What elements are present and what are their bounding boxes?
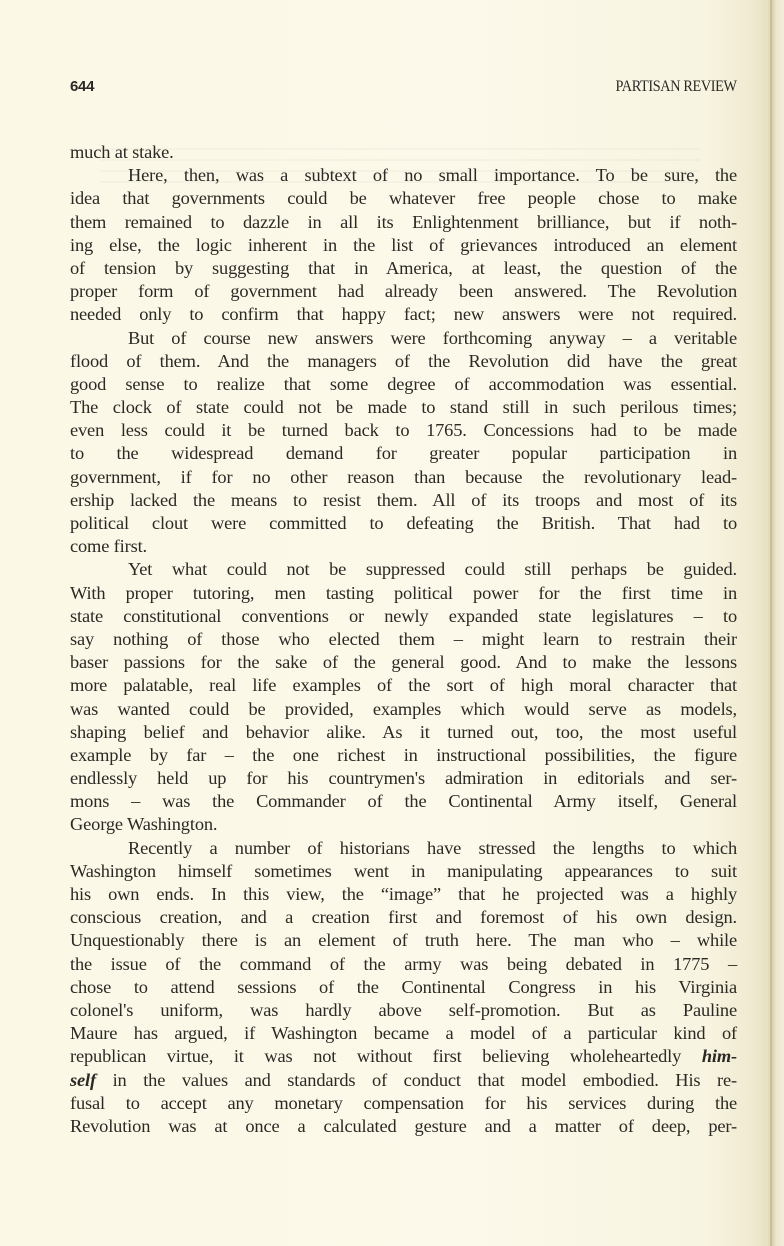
line-text: baser passions for the sake of the gener… — [70, 652, 737, 672]
text-line: Here, then, was a subtext of no small im… — [70, 164, 737, 187]
text-line: good sense to realize that some degree o… — [70, 373, 737, 396]
line-text: come first. — [70, 536, 147, 556]
line-text: state constitutional conventions or newl… — [70, 606, 737, 626]
text-line: even less could it be turned back to 176… — [70, 419, 737, 442]
line-text: Yet what could not be suppressed could s… — [128, 559, 737, 579]
text-line: them remained to dazzle in all its Enlig… — [70, 211, 737, 234]
text-line: needed only to confirm that happy fact; … — [70, 303, 737, 326]
text-line: much at stake. — [70, 141, 737, 164]
text-line: Washington himself sometimes went in man… — [70, 860, 737, 883]
page-number: 644 — [70, 78, 94, 95]
text-line: republican virtue, it was not without fi… — [70, 1045, 737, 1068]
text-line: Maure has argued, if Washington became a… — [70, 1022, 737, 1045]
line-text: in the values and standards of conduct t… — [96, 1070, 737, 1090]
text-line: idea that governments could be whatever … — [70, 187, 737, 210]
text-line: ership lacked the means to resist them. … — [70, 489, 737, 512]
line-text: Unquestionably there is an element of tr… — [70, 930, 737, 950]
line-text: Maure has argued, if Washington became a… — [70, 1023, 737, 1043]
text-line: Recently a number of historians have str… — [70, 837, 737, 860]
text-line: come first. — [70, 535, 737, 558]
line-text: proper form of government had already be… — [70, 281, 737, 301]
line-text: republican virtue, it was not without fi… — [70, 1046, 702, 1066]
text-line: Revolution was at once a calculated gest… — [70, 1115, 737, 1138]
line-text: colonel's uniform, was hardly above self… — [70, 1000, 737, 1020]
text-line: was wanted could be provided, examples w… — [70, 698, 737, 721]
line-text: The clock of state could not be made to … — [70, 397, 737, 417]
line-text: Here, then, was a subtext of no small im… — [128, 165, 737, 185]
emphasis: self — [70, 1070, 96, 1090]
scanned-page: 644 PARTISAN REVIEW much at stake.Here, … — [0, 0, 784, 1246]
line-text: mons – was the Commander of the Continen… — [70, 791, 737, 811]
text-line: example by far – the one richest in inst… — [70, 744, 737, 767]
line-text: was wanted could be provided, examples w… — [70, 699, 737, 719]
line-text: Recently a number of historians have str… — [128, 838, 737, 858]
text-line: proper form of government had already be… — [70, 280, 737, 303]
text-line: shaping belief and behavior alike. As it… — [70, 721, 737, 744]
line-text: conscious creation, and a creation first… — [70, 907, 737, 927]
text-line: George Washington. — [70, 813, 737, 836]
line-text: endlessly held up for his countrymen's a… — [70, 768, 737, 788]
text-line: fusal to accept any monetary compensatio… — [70, 1092, 737, 1115]
line-text: idea that governments could be whatever … — [70, 188, 737, 208]
text-line: colonel's uniform, was hardly above self… — [70, 999, 737, 1022]
page-edge-line — [770, 0, 772, 1246]
text-line: Unquestionably there is an element of tr… — [70, 929, 737, 952]
line-text: say nothing of those who elected them – … — [70, 629, 737, 649]
line-text: flood of them. And the managers of the R… — [70, 351, 737, 371]
line-text: shaping belief and behavior alike. As it… — [70, 722, 737, 742]
line-text: political clout were committed to defeat… — [70, 513, 737, 533]
line-text: needed only to confirm that happy fact; … — [70, 304, 737, 324]
line-text: government, if for no other reason than … — [70, 467, 737, 487]
text-line: of tension by suggesting that in America… — [70, 257, 737, 280]
body-text: much at stake.Here, then, was a subtext … — [70, 141, 737, 1138]
line-text: With proper tutoring, men tasting politi… — [70, 583, 737, 603]
line-text: more palatable, real life examples of th… — [70, 675, 737, 695]
line-text: George Washington. — [70, 814, 217, 834]
text-line: The clock of state could not be made to … — [70, 396, 737, 419]
text-line: endlessly held up for his countrymen's a… — [70, 767, 737, 790]
line-text: to the widespread demand for greater pop… — [70, 443, 737, 463]
text-line: But of course new answers were forthcomi… — [70, 327, 737, 350]
text-line: self in the values and standards of cond… — [70, 1069, 737, 1092]
line-text: the issue of the command of the army was… — [70, 954, 737, 974]
line-text: Washington himself sometimes went in man… — [70, 861, 737, 881]
line-text: But of course new answers were forthcomi… — [128, 328, 737, 348]
line-text: his own ends. In this view, the “image” … — [70, 884, 737, 904]
line-text: example by far – the one richest in inst… — [70, 745, 737, 765]
line-text: good sense to realize that some degree o… — [70, 374, 737, 394]
emphasis: him- — [702, 1046, 737, 1066]
text-line: state constitutional conventions or newl… — [70, 605, 737, 628]
text-line: baser passions for the sake of the gener… — [70, 651, 737, 674]
text-line: With proper tutoring, men tasting politi… — [70, 582, 737, 605]
text-line: conscious creation, and a creation first… — [70, 906, 737, 929]
line-text: Revolution was at once a calculated gest… — [70, 1116, 737, 1136]
running-head: PARTISAN REVIEW — [616, 78, 737, 96]
line-text: them remained to dazzle in all its Enlig… — [70, 212, 737, 232]
text-line: political clout were committed to defeat… — [70, 512, 737, 535]
text-line: the issue of the command of the army was… — [70, 953, 737, 976]
text-line: government, if for no other reason than … — [70, 466, 737, 489]
text-line: ing else, the logic inherent in the list… — [70, 234, 737, 257]
text-line: Yet what could not be suppressed could s… — [70, 558, 737, 581]
line-text: chose to attend sessions of the Continen… — [70, 977, 737, 997]
line-text: even less could it be turned back to 176… — [70, 420, 737, 440]
line-text: of tension by suggesting that in America… — [70, 258, 737, 278]
text-line: mons – was the Commander of the Continen… — [70, 790, 737, 813]
line-text: ership lacked the means to resist them. … — [70, 490, 737, 510]
text-line: his own ends. In this view, the “image” … — [70, 883, 737, 906]
text-line: more palatable, real life examples of th… — [70, 674, 737, 697]
line-text: ing else, the logic inherent in the list… — [70, 235, 737, 255]
text-line: say nothing of those who elected them – … — [70, 628, 737, 651]
text-line: chose to attend sessions of the Continen… — [70, 976, 737, 999]
line-text: fusal to accept any monetary compensatio… — [70, 1093, 737, 1113]
text-line: flood of them. And the managers of the R… — [70, 350, 737, 373]
line-text: much at stake. — [70, 142, 174, 162]
text-line: to the widespread demand for greater pop… — [70, 442, 737, 465]
page-header: 644 PARTISAN REVIEW — [70, 78, 737, 100]
